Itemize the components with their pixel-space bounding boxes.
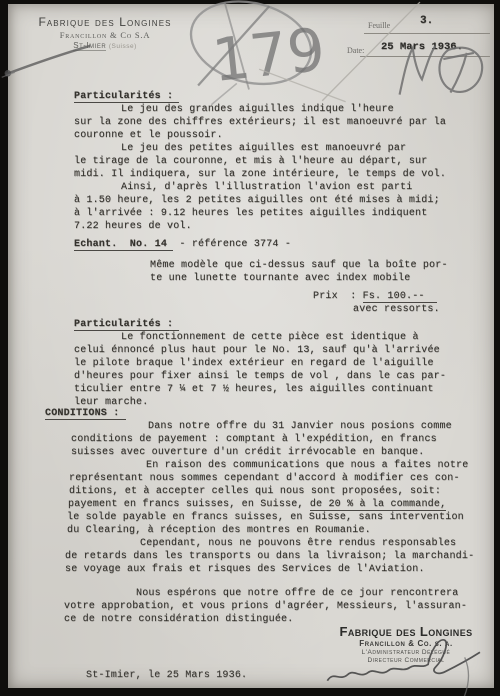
- document-line: Prix : Fs. 100.--: [313, 291, 437, 303]
- document-line: 7.22 heures de vol.: [74, 221, 192, 233]
- scanned-letter: Fabrique des Longines Francillon & Co S.…: [0, 0, 500, 696]
- document-line: à l'arrivée : 9.12 heures les petites ai…: [74, 208, 427, 220]
- signature-stamp: Fabrique des Longines Francillon & Co. s…: [330, 624, 482, 664]
- document-line: le solde payable en francs suisses, en S…: [67, 512, 464, 524]
- document-line: midi. Il indiquera, sur la zone intérieu…: [74, 169, 446, 181]
- document-line: Ainsi, d'après l'illustration l'avion es…: [121, 182, 412, 194]
- document-line: Cependant, nous ne pouvons être rendus r…: [140, 538, 456, 550]
- document-line: le pilote braque l'index extérieur en re…: [74, 358, 434, 370]
- document-line: sur la zone des chiffres extérieurs; il …: [74, 117, 446, 129]
- document-body: Particularités : Le jeu des grandes aigu…: [8, 4, 494, 688]
- document-line: Nous espérons que notre offre de ce jour…: [136, 588, 458, 600]
- document-line: Même modèle que ci-dessus sauf que la bo…: [150, 260, 448, 272]
- document-line: avec ressorts.: [353, 304, 440, 316]
- stamp-title-2: Directeur Commercial: [330, 657, 482, 664]
- document-line: Le jeu des grandes aiguilles indique l'h…: [121, 104, 394, 116]
- document-line: suisses avec ouverture d'un crédit irrév…: [71, 447, 424, 459]
- document-line: d'heures pour fixer ainsi le temps de vo…: [74, 371, 446, 383]
- document-line: ce de notre considération distinguée.: [64, 614, 293, 626]
- document-line: celui énnoncé plus haut pour le No. 13, …: [74, 345, 440, 357]
- document-line: votre approbation, et vous prions d'agré…: [64, 601, 467, 613]
- document-line: Le fonctionnement de cette pièce est ide…: [121, 332, 419, 344]
- stamp-company: Fabrique des Longines: [330, 624, 482, 639]
- document-line: de retards dans les transports ou dans l…: [65, 551, 474, 563]
- document-line: Particularités :: [74, 319, 179, 331]
- document-line: Particularités :: [74, 91, 179, 103]
- document-line: se voyage aux frais et risques des Servi…: [65, 564, 425, 576]
- document-line: le tirage de la couronne, et mis à l'heu…: [74, 156, 427, 168]
- letter-page: Fabrique des Longines Francillon & Co S.…: [8, 4, 494, 688]
- document-line: Le jeu des petites aiguilles est manoeuv…: [121, 143, 406, 155]
- document-line: représentant nous sommes cependant d'acc…: [69, 473, 460, 485]
- document-line: En raison des communications que nous a …: [146, 460, 468, 472]
- document-line: conditions de payement : comptant à l'ex…: [71, 434, 437, 446]
- stamp-title-1: L'Administrateur Délégué: [330, 649, 482, 656]
- document-line: ticulier entre 7 ¼ et 7 ½ heures, les ai…: [74, 384, 434, 396]
- document-line: Dans notre offre du 31 Janvier nous posi…: [148, 421, 452, 433]
- document-line: du Clearing, à réception des montres en …: [67, 525, 371, 537]
- document-line: payement en francs suisses, en Suisse, d…: [68, 499, 446, 511]
- document-line: à 1.50 heure, les 2 petites aiguilles on…: [74, 195, 440, 207]
- document-line: Echant. No. 14 - référence 3774 -: [74, 239, 291, 251]
- document-line: CONDITIONS :: [45, 408, 126, 420]
- document-line: ditions, et à accepter celles qui nous s…: [69, 486, 441, 498]
- stamp-subtitle: Francillon & Co. s. a.: [330, 639, 482, 648]
- document-line: te une lunette tournante avec index mobi…: [150, 273, 410, 285]
- document-line: couronne et le poussoir.: [74, 130, 223, 142]
- place-date-line: St-Imier, le 25 Mars 1936.: [86, 670, 247, 681]
